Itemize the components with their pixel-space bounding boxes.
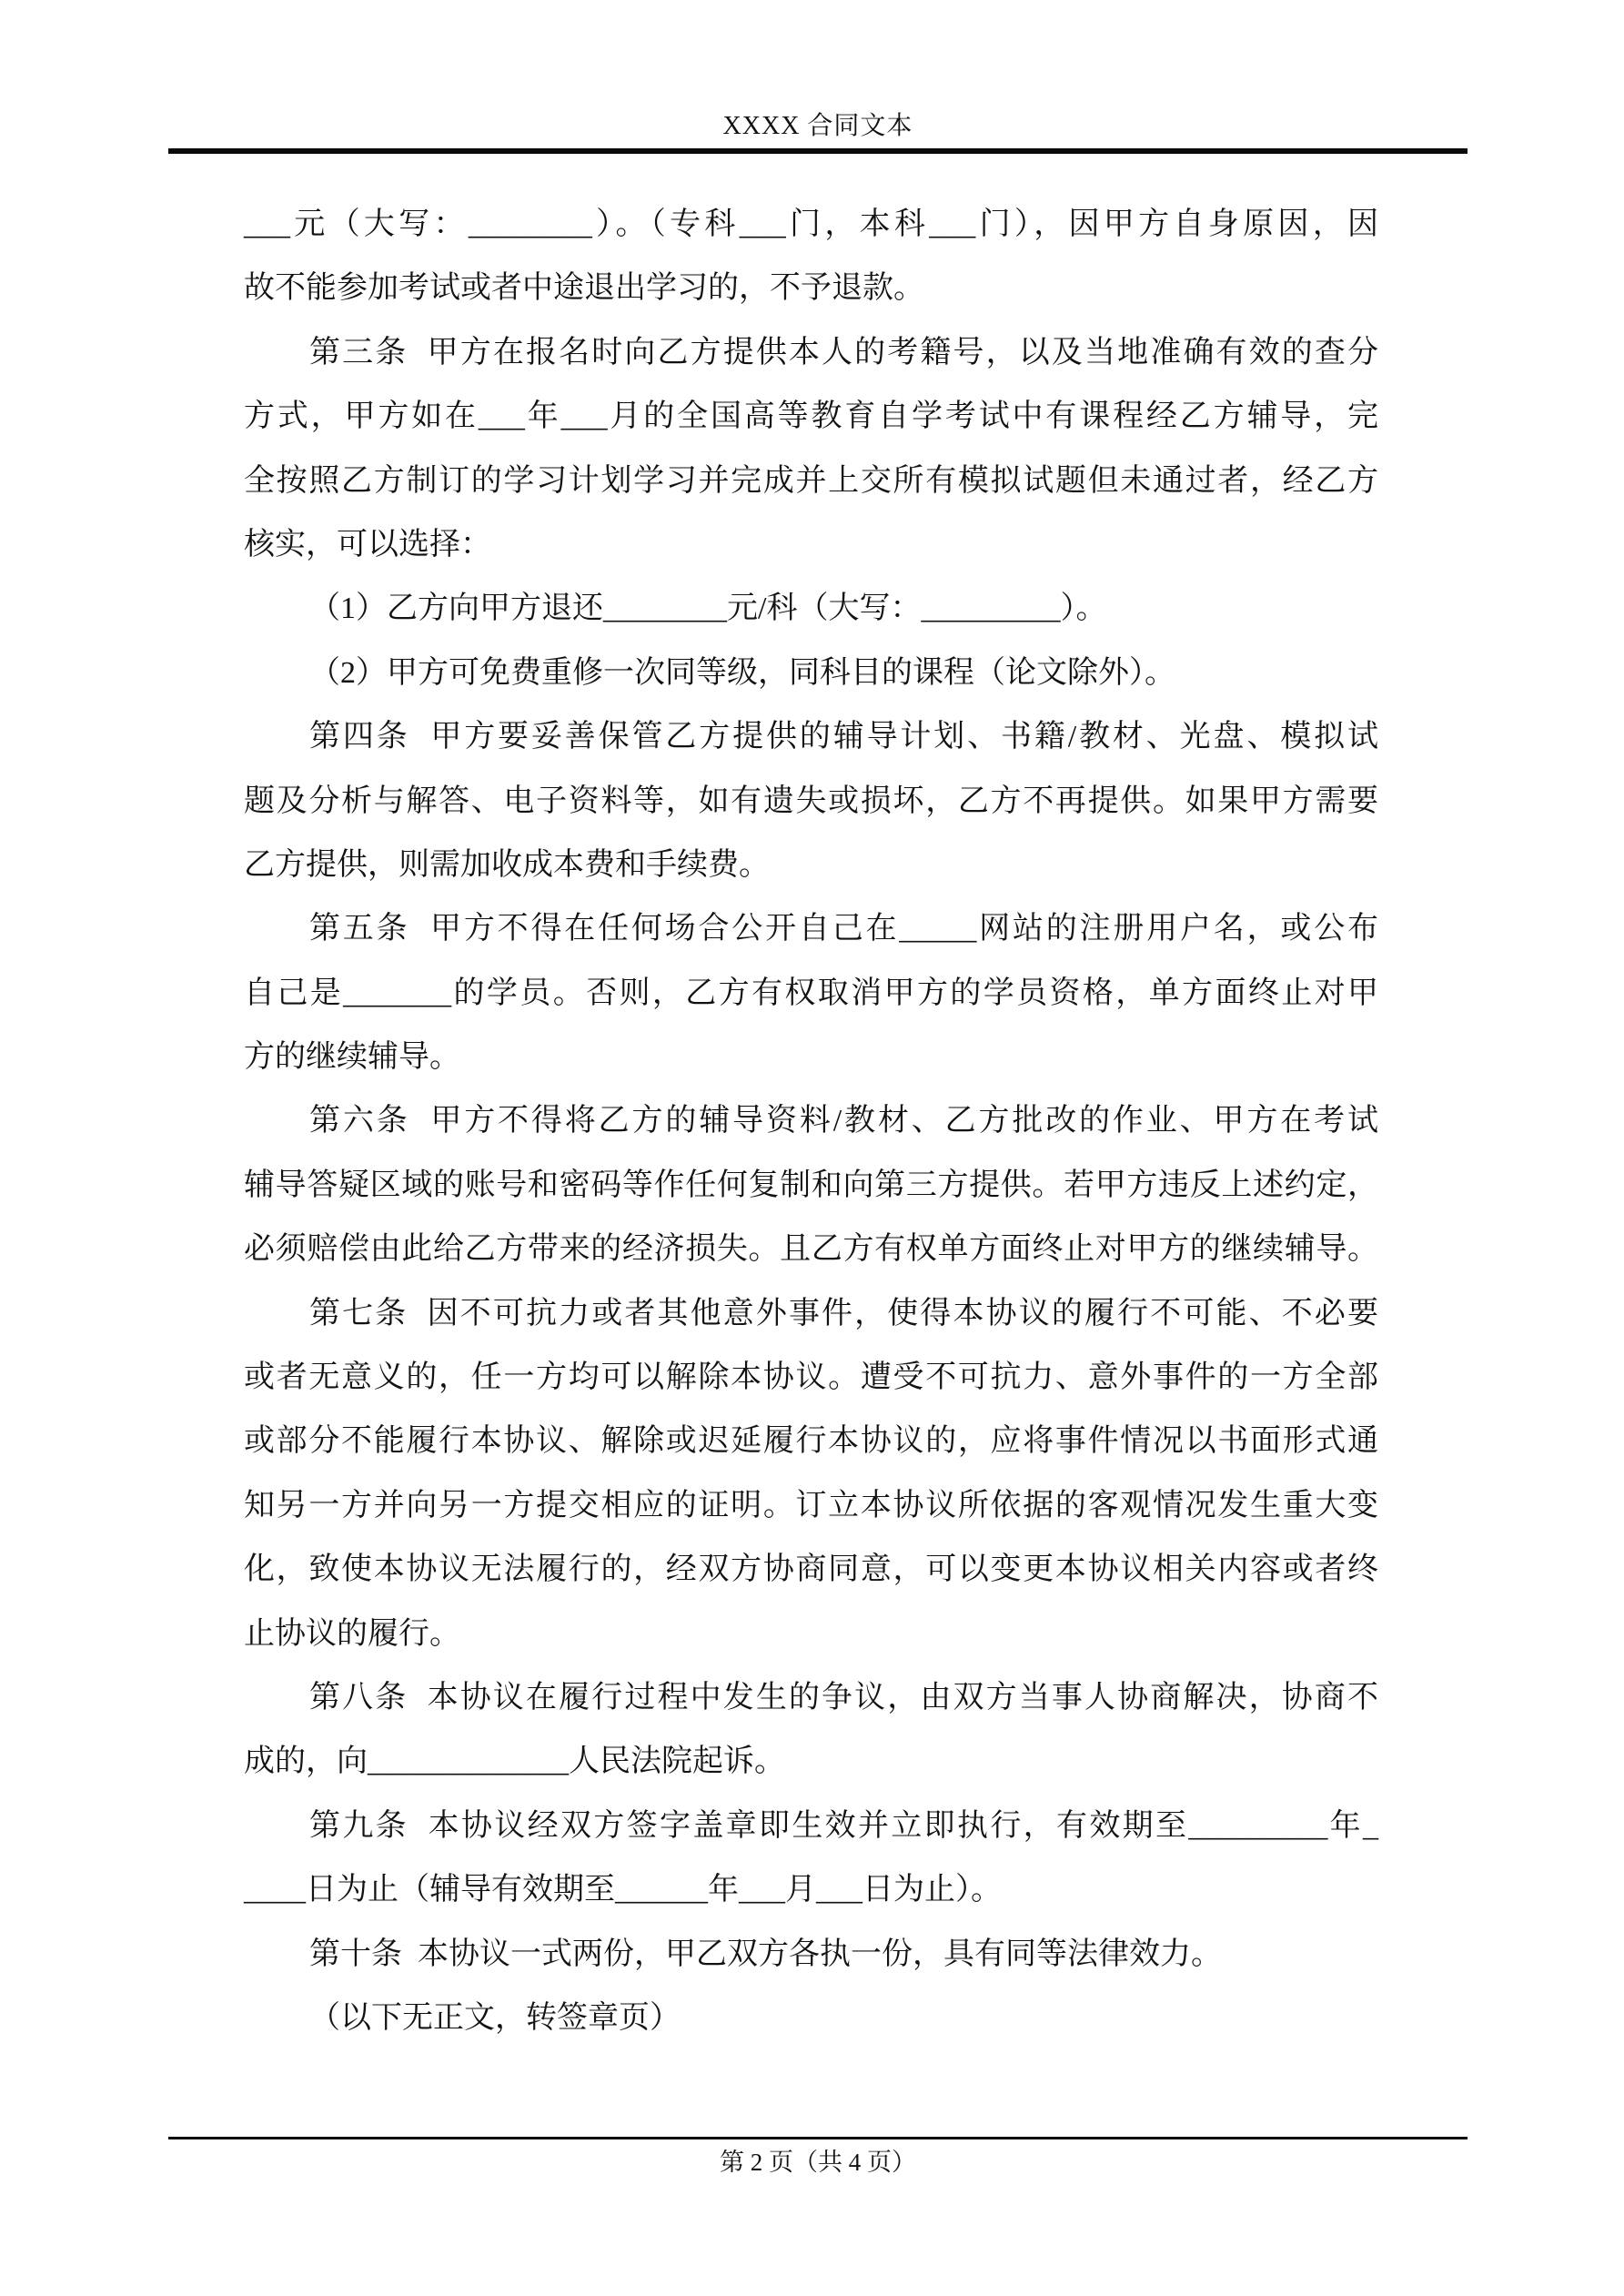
page-title: XXXX 合同文本	[168, 107, 1468, 146]
text-line: 第六条 甲方不得将乙方的辅导资料/教材、乙方批改的作业、甲方在考试	[244, 1089, 1378, 1153]
document-page: XXXX 合同文本 ___元（大写：________）。（专科___门，本科__…	[0, 0, 1624, 2296]
text-line: 全按照乙方制订的学习计划学习并完成并上交所有模拟试题但未通过者，经乙方	[244, 450, 1378, 513]
text-line: 方的继续辅导。	[244, 1026, 1378, 1089]
text-line: 止协议的履行。	[244, 1603, 1378, 1666]
text-line: （2）甲方可免费重修一次同等级，同科目的课程（论文除外）。	[244, 642, 1378, 705]
text-line: 自己是_______的学员。否则，乙方有权取消甲方的学员资格，单方面终止对甲	[244, 962, 1378, 1026]
text-line: （1）乙方向甲方退还________元/科（大写：_________）。	[244, 577, 1378, 641]
text-line: 辅导答疑区域的账号和密码等作任何复制和向第三方提供。若甲方违反上述约定，	[244, 1154, 1378, 1218]
text-line: （以下无正文，转签章页）	[244, 1987, 1378, 2050]
document-body: ___元（大写：________）。（专科___门，本科___门），因甲方自身原…	[244, 193, 1378, 2050]
text-line: 核实，可以选择：	[244, 513, 1378, 577]
text-line: 必须赔偿由此给乙方带来的经济损失。且乙方有权单方面终止对甲方的继续辅导。	[244, 1218, 1378, 1281]
page-number: 第 2 页（共 4 页）	[168, 2144, 1468, 2180]
text-line: 或者无意义的，任一方均可以解除本协议。遭受不可抗力、意外事件的一方全部	[244, 1346, 1378, 1410]
text-line: ___元（大写：________）。（专科___门，本科___门），因甲方自身原…	[244, 193, 1378, 257]
text-line: 乙方提供，则需加收成本费和手续费。	[244, 834, 1378, 897]
text-line: 第五条 甲方不得在任何场合公开自己在_____网站的注册用户名，或公布	[244, 897, 1378, 961]
footer-rule	[168, 2137, 1468, 2139]
text-line: 第七条 因不可抗力或者其他意外事件，使得本协议的履行不可能、不必要	[244, 1282, 1378, 1346]
text-line: 方式，甲方如在___年___月的全国高等教育自学考试中有课程经乙方辅导，完	[244, 385, 1378, 449]
text-line: 知另一方并向另一方提交相应的证明。订立本协议所依据的客观情况发生重大变	[244, 1474, 1378, 1538]
text-line: 第三条 甲方在报名时向乙方提供本人的考籍号，以及当地准确有效的查分	[244, 321, 1378, 385]
text-line: 故不能参加考试或者中途退出学习的，不予退款。	[244, 257, 1378, 320]
text-line: 第十条 本协议一式两份，甲乙双方各执一份，具有同等法律效力。	[244, 1923, 1378, 1987]
text-line: 化，致使本协议无法履行的，经双方协商同意，可以变更本协议相关内容或者终	[244, 1538, 1378, 1602]
text-line: ____日为止（辅导有效期至______年___月___日为止）。	[244, 1858, 1378, 1922]
text-line: 或部分不能履行本协议、解除或迟延履行本协议的，应将事件情况以书面形式通	[244, 1410, 1378, 1473]
header-rule	[168, 148, 1468, 154]
text-line: 第九条 本协议经双方签字盖章即生效并立即执行，有效期至_________年_	[244, 1795, 1378, 1858]
text-line: 第八条 本协议在履行过程中发生的争议，由双方当事人协商解决，协商不	[244, 1666, 1378, 1730]
text-line: 题及分析与解答、电子资料等，如有遗失或损坏，乙方不再提供。如果甲方需要	[244, 770, 1378, 834]
text-line: 成的，向_____________人民法院起诉。	[244, 1730, 1378, 1794]
text-line: 第四条 甲方要妥善保管乙方提供的辅导计划、书籍/教材、光盘、模拟试	[244, 705, 1378, 769]
